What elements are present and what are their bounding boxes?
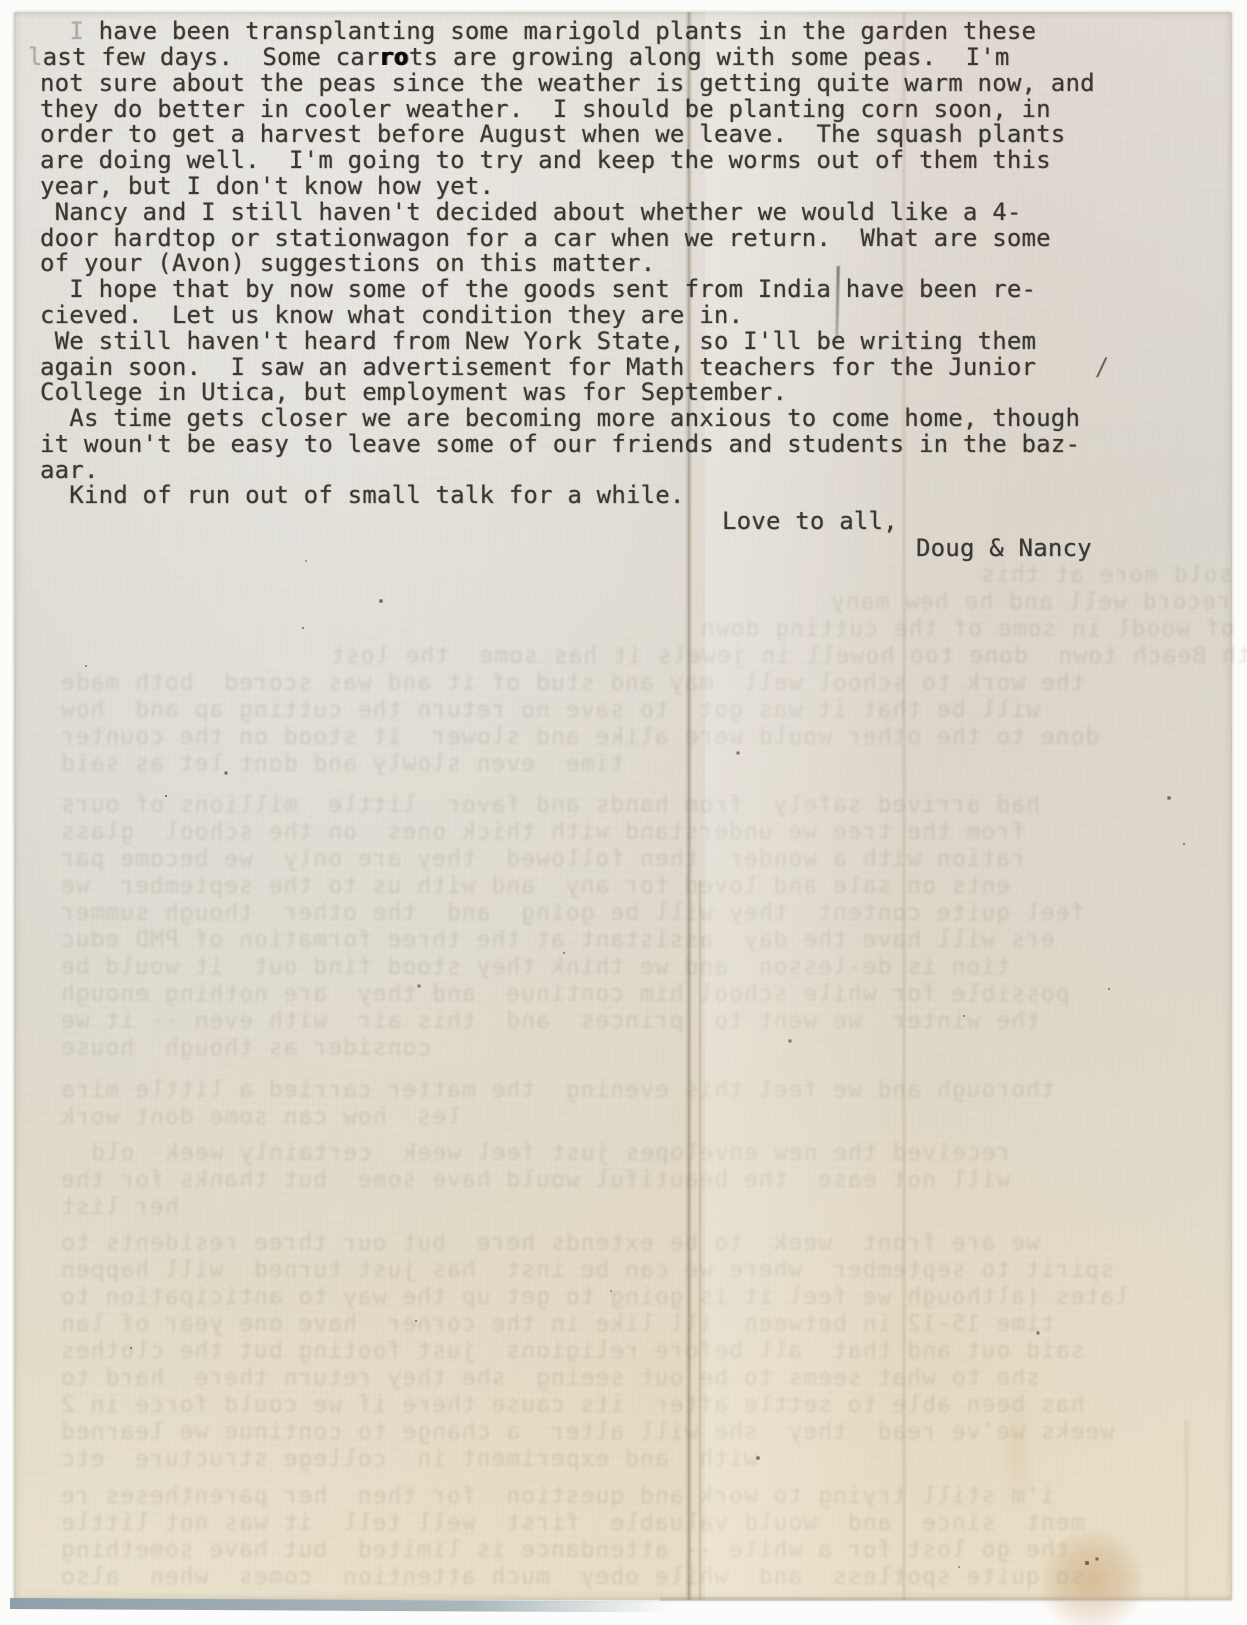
bleedthrough-line: the work to school well may and stud of … xyxy=(60,670,1084,696)
letter-segment-faint: I xyxy=(69,17,84,45)
bleedthrough-line: has been able to settle after its cause … xyxy=(60,1392,1084,1418)
letter-segment: Love to all, xyxy=(722,507,898,535)
letter-line: cieved. Let us know what condition they … xyxy=(40,302,743,328)
letter-segment: Doug & Nancy xyxy=(916,534,1092,562)
letter-segment: of your (Avon) suggestions on this matte… xyxy=(40,249,655,277)
letter-line: order to get a harvest before August whe… xyxy=(40,121,1065,147)
letter-segment: aar. xyxy=(40,456,99,484)
bleedthrough-line: done to the other would were alike and s… xyxy=(60,724,1099,750)
bleedthrough-line: her list xyxy=(60,1194,179,1220)
letter-segment xyxy=(40,17,69,45)
letter-segment: door hardtop or stationwagon for a car w… xyxy=(40,224,1051,252)
faint-stain-smear xyxy=(1000,1385,1034,1515)
bleedthrough-line: feel quite content they will be going an… xyxy=(60,900,1084,926)
letter-line: it woun't be easy to leave some of our f… xyxy=(40,431,1080,457)
letter-line: We still haven't heard from New York Sta… xyxy=(40,328,1036,354)
bleedthrough-line: time even slowly and dont let as said xyxy=(60,751,624,777)
bleedthrough-line: and sold more at this xyxy=(980,562,1247,588)
letter-segment: they do better in cooler weather. I shou… xyxy=(40,95,1051,123)
vertical-fold-crease-secondary xyxy=(698,880,702,1600)
bleedthrough-line: spirit to september where we can be inst… xyxy=(60,1257,1114,1283)
letter-segment: As time gets closer we are becoming more… xyxy=(40,404,1080,432)
right-edge-streak xyxy=(1184,1420,1189,1600)
letter-segment: it woun't be easy to leave some of our f… xyxy=(40,430,1080,458)
letter-segment: ts are growing along with some peas. I'm xyxy=(409,43,1010,71)
foxing-specks xyxy=(0,0,2,2)
letter-line: aar. xyxy=(40,457,99,483)
letter-line: they do better in cooler weather. I shou… xyxy=(40,96,1051,122)
bleedthrough-line: so quite spotless and while obey much at… xyxy=(60,1564,1084,1590)
letter-line: door hardtop or stationwagon for a car w… xyxy=(40,225,1051,251)
valediction: Love to all, xyxy=(722,508,898,534)
letter-segment: again soon. I saw an advertisement for M… xyxy=(40,353,1036,381)
letter-line: year, but I don't know how yet. xyxy=(40,173,494,199)
scanned-letter-page: and sold more at thisthe west record wel… xyxy=(0,0,1247,1625)
bleedthrough-line: weeks we've read they she will alter a c… xyxy=(60,1419,1114,1445)
signature: Doug & Nancy xyxy=(916,535,1092,561)
letter-line: not sure about the peas since the weathe… xyxy=(40,70,1095,96)
letter-segment: ast few days. Some car xyxy=(43,43,380,71)
bleedthrough-line: possible for while school him continue a… xyxy=(60,981,1070,1007)
letter-line: I have been transplanting some marigold … xyxy=(40,18,1036,44)
letter-line: Kind of run out of small talk for a whil… xyxy=(40,482,685,508)
bleedthrough-line: consider as though house xyxy=(60,1035,431,1061)
letter-segment: cieved. Let us know what condition they … xyxy=(40,301,743,329)
bleedthrough-line: said out and that all before religions j… xyxy=(60,1338,1084,1364)
letter-line: College in Utica, but employment was for… xyxy=(40,379,787,405)
letter-line: I hope that by now some of the goods sen… xyxy=(40,276,1036,302)
letter-segment-pen: / xyxy=(1036,353,1109,381)
letter-segment-overstrike: ro xyxy=(380,43,409,71)
letter-line: last few days. Some carrots are growing … xyxy=(28,44,1010,70)
letter-segment: Kind of run out of small talk for a whil… xyxy=(40,481,685,509)
bleedthrough-line: lates (although we feel it is going to g… xyxy=(60,1284,1129,1310)
brown-stain xyxy=(1042,1528,1142,1625)
letter-segment: not sure about the peas since the weathe… xyxy=(40,69,1095,97)
letter-line: again soon. I saw an advertisement for M… xyxy=(40,354,1109,380)
bleedthrough-line: ment since and would valuable first well… xyxy=(60,1510,1084,1536)
letter-line: Nancy and I still haven't decided about … xyxy=(40,199,1022,225)
scanner-bed-strip xyxy=(10,1598,670,1612)
letter-segment-faint: l xyxy=(28,43,43,71)
letter-line: of your (Avon) suggestions on this matte… xyxy=(40,250,655,276)
bleedthrough-line: les how can some dont work xyxy=(60,1104,461,1130)
letter-segment: Nancy and I still haven't decided about … xyxy=(40,198,1022,226)
letter-segment: order to get a harvest before August whe… xyxy=(40,120,1065,148)
letter-segment: year, but I don't know how yet. xyxy=(40,172,494,200)
letter-segment: are doing well. I'm going to try and kee… xyxy=(40,146,1051,174)
letter-segment: have been transplanting some marigold pl… xyxy=(84,17,1036,45)
letter-segment: We still haven't heard from New York Sta… xyxy=(40,327,1036,355)
letter-line: As time gets closer we are becoming more… xyxy=(40,405,1080,431)
letter-segment: College in Utica, but employment was for… xyxy=(40,378,787,406)
letter-segment: I hope that by now some of the goods sen… xyxy=(40,275,1036,303)
letter-line: are doing well. I'm going to try and kee… xyxy=(40,147,1051,173)
bleedthrough-line: with and experiment in college structure… xyxy=(60,1446,758,1472)
bleedthrough-line: the go lost for a while -- attendance is… xyxy=(60,1537,1070,1563)
paper-bottom-edge-shadow xyxy=(660,1597,1232,1601)
